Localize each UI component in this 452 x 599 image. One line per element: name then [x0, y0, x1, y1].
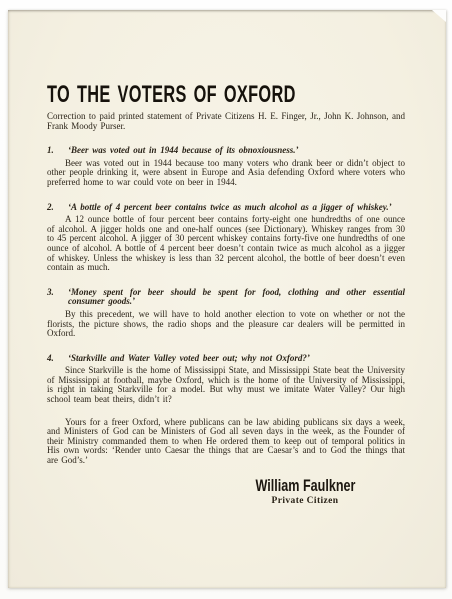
item-claim: ‘A bottle of 4 percent beer contains twi…	[68, 203, 405, 213]
item-claim-row: 3. ‘Money spent for beer should be spent…	[47, 288, 405, 307]
item-number: 2.	[47, 203, 68, 213]
paper-corner-clip	[432, 10, 446, 22]
page-title-text: TO THE VOTERS OF OXFORD	[47, 84, 296, 106]
signature-name: William Faulkner	[225, 477, 385, 494]
signature-block: William Faulkner Private Citizen	[225, 477, 385, 506]
numbered-item-3: 3. ‘Money spent for beer should be spent…	[47, 288, 405, 339]
item-claim: ‘Money spent for beer should be spent fo…	[68, 288, 405, 307]
item-claim-row: 2. ‘A bottle of 4 percent beer contains …	[47, 203, 405, 213]
item-response: Beer was voted out in 1944 because too m…	[47, 159, 405, 188]
item-claim: ‘Beer was voted out in 1944 because of i…	[68, 146, 405, 156]
signature-title: Private Citizen	[225, 496, 385, 506]
item-response: Since Starkville is the home of Mississi…	[47, 366, 405, 404]
numbered-item-4: 4. ‘Starkville and Water Valley voted be…	[47, 354, 405, 405]
broadside-page: TO THE VOTERS OF OXFORD Correction to pa…	[8, 10, 446, 588]
page-title: TO THE VOTERS OF OXFORD	[47, 80, 405, 102]
scanned-document: TO THE VOTERS OF OXFORD Correction to pa…	[0, 0, 452, 599]
closing-paragraph: Yours for a freer Oxford, where publican…	[47, 418, 405, 466]
signature-name-text: William Faulkner	[255, 477, 355, 494]
item-number: 1.	[47, 146, 68, 156]
item-response: By this precedent, we will have to hold …	[47, 310, 405, 339]
page-content: TO THE VOTERS OF OXFORD Correction to pa…	[8, 10, 446, 506]
numbered-item-1: 1. ‘Beer was voted out in 1944 because o…	[47, 146, 405, 187]
item-claim: ‘Starkville and Water Valley voted beer …	[68, 354, 405, 364]
item-response: A 12 ounce bottle of four percent beer c…	[47, 215, 405, 273]
item-number: 4.	[47, 354, 68, 364]
item-claim-row: 1. ‘Beer was voted out in 1944 because o…	[47, 146, 405, 156]
item-claim-row: 4. ‘Starkville and Water Valley voted be…	[47, 354, 405, 364]
correction-note: Correction to paid printed statement of …	[47, 112, 405, 131]
numbered-item-2: 2. ‘A bottle of 4 percent beer contains …	[47, 203, 405, 273]
item-number: 3.	[47, 288, 68, 307]
